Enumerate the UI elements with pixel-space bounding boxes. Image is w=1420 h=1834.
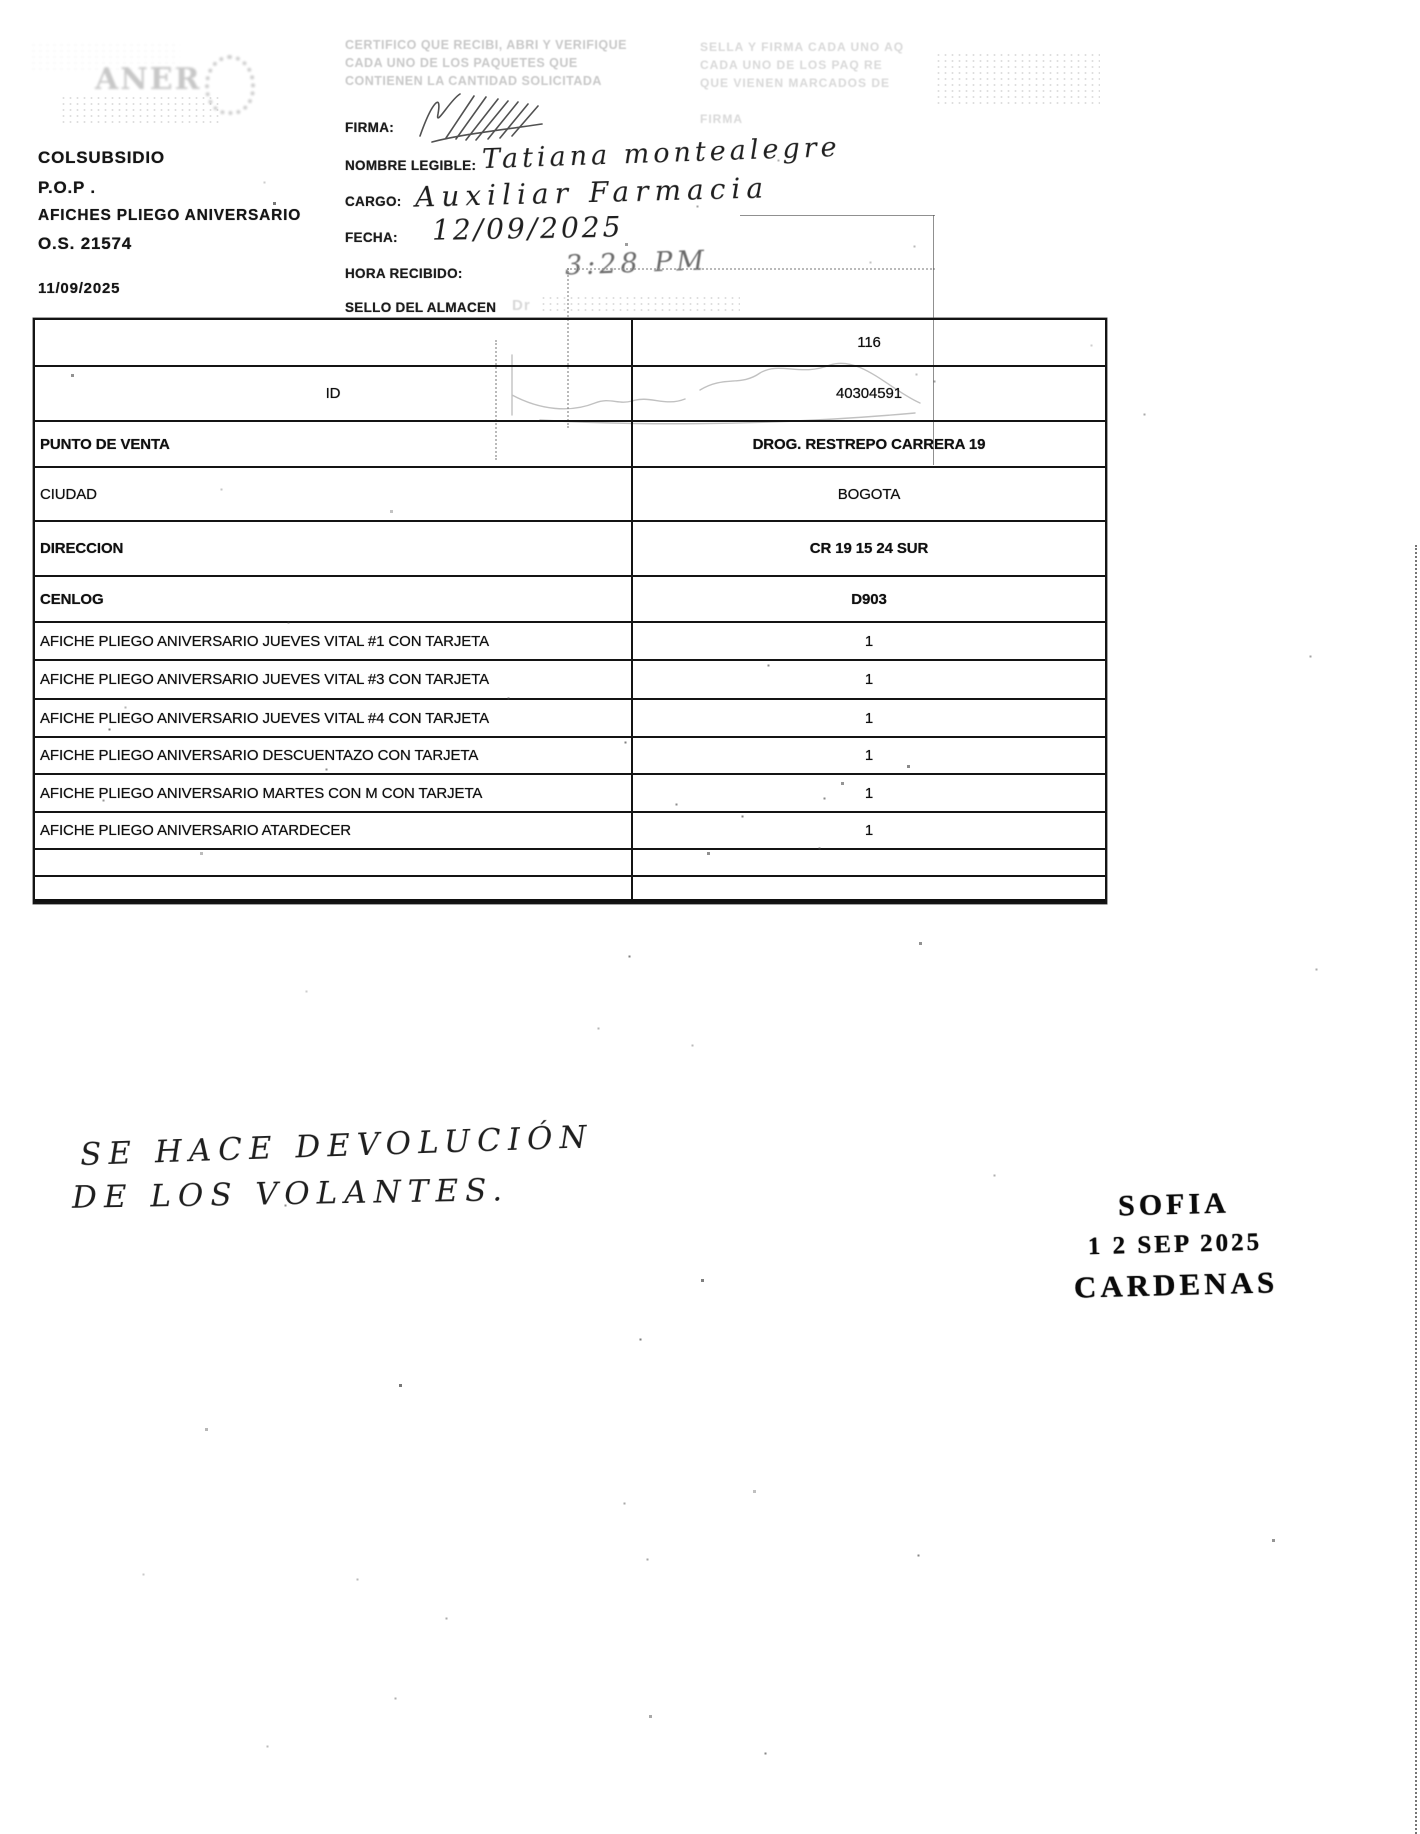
logo-noise-bottom [60,95,220,123]
header-pop: P.O.P . [38,178,96,198]
scan-noise-dots [0,0,1,1]
row-value: 1 [865,671,873,688]
cert-right-line-3: QUE VIENEN MARCADOS DE [700,76,890,90]
row-label: AFICHE PLIEGO ANIVERSARIO JUEVES VITAL #… [40,633,489,650]
hora-value-handwriting: 3:28 PM [565,246,709,282]
fecha-value-handwriting: 12/09/2025 [432,210,624,246]
row-label: CIUDAD [40,486,97,503]
scan-edge-artifact [1415,545,1417,1834]
cert-line-1: CERTIFICO QUE RECIBI, ABRI Y VERIFIQUE [345,38,627,52]
row-value-cell: 1 [633,775,1105,811]
stamp-outline-top [567,268,935,270]
sello-stamp-faint-text: Dr [512,297,531,314]
scanned-document-page: ANER COLSUBSIDIO P.O.P . AFICHES PLIEGO … [0,0,1420,1834]
table-row: ID40304591 [35,367,1105,422]
header-date: 11/09/2025 [38,280,120,297]
row-value: 40304591 [836,385,902,402]
row-value-cell: 1 [633,661,1105,698]
row-label-cell: AFICHE PLIEGO ANIVERSARIO JUEVES VITAL #… [35,661,633,698]
scan-noise-top-right [935,52,1100,107]
row-value-cell: CR 19 15 24 SUR [633,522,1105,575]
row-label-cell: AFICHE PLIEGO ANIVERSARIO MARTES CON M C… [35,775,633,811]
row-label: AFICHE PLIEGO ANIVERSARIO JUEVES VITAL #… [40,710,489,727]
row-value-cell: D903 [633,577,1105,621]
received-stamp: SOFIA 1 2 SEP 2025 CARDENAS [1039,1184,1312,1306]
received-stamp-date: 1 2 SEP 2025 [1040,1227,1311,1262]
table-row: CENLOGD903 [35,577,1105,623]
fecha-label: FECHA: [345,230,398,245]
row-label: CENLOG [40,591,104,608]
row-value-cell: DROG. RESTREPO CARRERA 19 [633,422,1105,466]
row-value-cell: 1 [633,700,1105,736]
logo-word: ANER [95,62,202,97]
row-label-cell: DIRECCION [35,522,633,575]
table-row [35,850,1105,877]
row-value: 1 [865,747,873,764]
stamp-outline-top-right [740,215,935,216]
hora-label: HORA RECIBIDO: [345,266,463,281]
table-row [35,877,1105,902]
handwritten-note-line1: SE HACE DEVOLUCIÓN [80,1119,595,1173]
row-label: AFICHE PLIEGO ANIVERSARIO ATARDECER [40,822,351,839]
row-label: AFICHE PLIEGO ANIVERSARIO JUEVES VITAL #… [40,671,489,688]
cert-right-line-2: CADA UNO DE LOS PAQ RE [700,58,883,72]
row-label: PUNTO DE VENTA [40,436,170,453]
signature-scribble [412,84,572,144]
row-value: 1 [865,633,873,650]
row-value-cell: BOGOTA [633,468,1105,520]
row-value: 1 [865,822,873,839]
row-value-cell: 1 [633,738,1105,773]
received-stamp-surname: CARDENAS [1041,1263,1312,1306]
handwritten-note-line2: DE LOS VOLANTES. [72,1172,510,1216]
header-project: AFICHES PLIEGO ANIVERSARIO [38,207,301,225]
row-label: ID [326,385,341,402]
row-value: 1 [865,710,873,727]
row-label-cell [35,320,633,365]
row-label-cell: CENLOG [35,577,633,621]
table-row: PUNTO DE VENTADROG. RESTREPO CARRERA 19 [35,422,1105,468]
row-label-cell: ID [35,367,633,420]
cargo-label: CARGO: [345,194,402,209]
table-row: AFICHE PLIEGO ANIVERSARIO JUEVES VITAL #… [35,661,1105,700]
row-value: DROG. RESTREPO CARRERA 19 [753,436,986,453]
table-row: AFICHE PLIEGO ANIVERSARIO MARTES CON M C… [35,775,1105,813]
cert-right-line-1: SELLA Y FIRMA CADA UNO AQ [700,40,904,54]
header-order: O.S. 21574 [38,234,132,254]
table-row: AFICHE PLIEGO ANIVERSARIO ATARDECER1 [35,813,1105,850]
row-value: CR 19 15 24 SUR [810,540,929,557]
row-label-cell: AFICHE PLIEGO ANIVERSARIO JUEVES VITAL #… [35,700,633,736]
received-stamp-name: SOFIA [1039,1184,1310,1225]
delivery-table: 116ID40304591PUNTO DE VENTADROG. RESTREP… [33,318,1107,904]
sello-stamp-noise [540,295,740,315]
table-row: AFICHE PLIEGO ANIVERSARIO JUEVES VITAL #… [35,623,1105,661]
row-value-cell: 1 [633,813,1105,848]
table-row: CIUDADBOGOTA [35,468,1105,522]
sello-label: SELLO DEL ALMACEN [345,300,496,315]
cert-right-firma-faint: FIRMA [700,112,743,126]
faded-logo-text: ANER [95,62,202,97]
row-value-cell [633,877,1105,899]
row-value: 1 [865,785,873,802]
row-label: AFICHE PLIEGO ANIVERSARIO DESCUENTAZO CO… [40,747,478,764]
row-value-cell: 116 [633,320,1105,365]
row-label-cell: PUNTO DE VENTA [35,422,633,466]
row-label-cell: AFICHE PLIEGO ANIVERSARIO DESCUENTAZO CO… [35,738,633,773]
row-value: 116 [857,334,881,351]
row-value-cell: 40304591 [633,367,1105,420]
row-label-cell: CIUDAD [35,468,633,520]
cargo-value-handwriting: Auxiliar Farmacia [415,171,770,213]
row-label-cell: AFICHE PLIEGO ANIVERSARIO JUEVES VITAL #… [35,623,633,659]
nombre-label: NOMBRE LEGIBLE: [345,158,476,173]
row-label: AFICHE PLIEGO ANIVERSARIO MARTES CON M C… [40,785,482,802]
row-value-cell [633,850,1105,875]
firma-label: FIRMA: [345,120,394,135]
row-label: DIRECCION [40,540,123,557]
row-label-cell [35,850,633,875]
header-company: COLSUBSIDIO [38,148,165,168]
row-value: BOGOTA [838,486,900,503]
row-label-cell: AFICHE PLIEGO ANIVERSARIO ATARDECER [35,813,633,848]
row-label-cell [35,877,633,899]
table-row: DIRECCIONCR 19 15 24 SUR [35,522,1105,577]
cert-line-2: CADA UNO DE LOS PAQUETES QUE [345,56,578,70]
table-row: AFICHE PLIEGO ANIVERSARIO DESCUENTAZO CO… [35,738,1105,775]
row-value-cell: 1 [633,623,1105,659]
row-value: D903 [851,591,886,608]
table-row: 116 [35,320,1105,367]
table-row: AFICHE PLIEGO ANIVERSARIO JUEVES VITAL #… [35,700,1105,738]
